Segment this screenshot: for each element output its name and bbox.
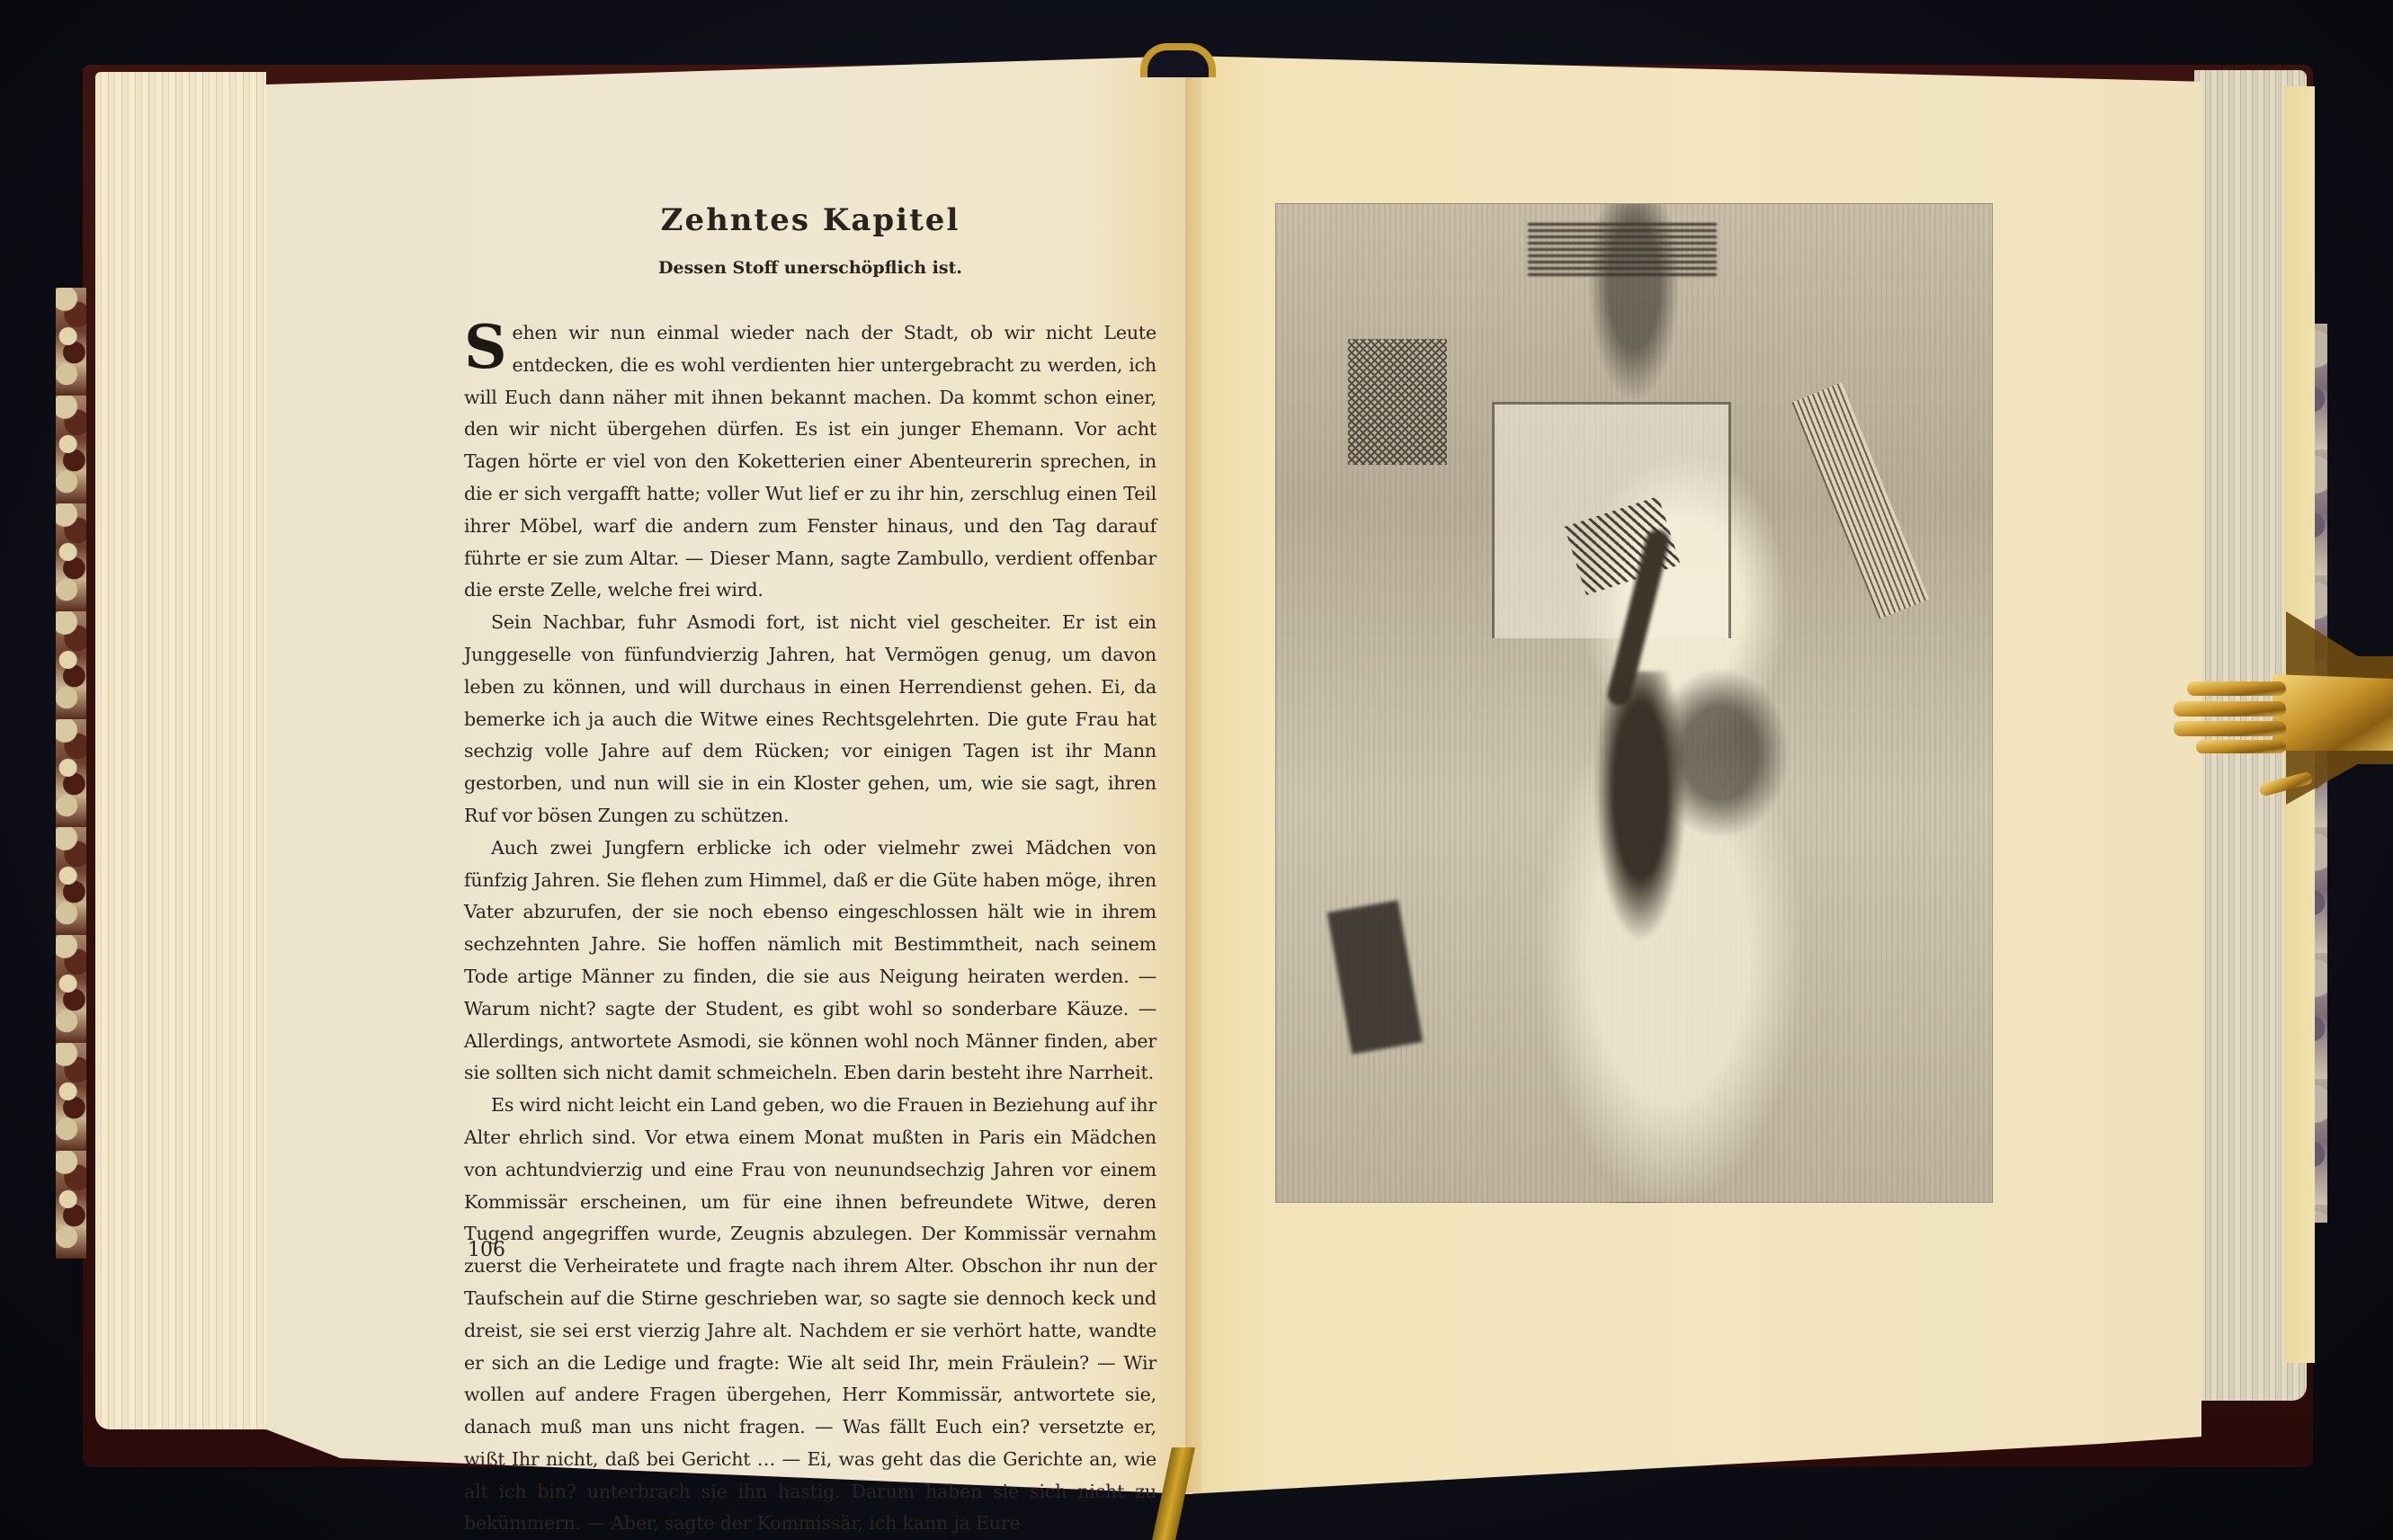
paragraph-4: Es wird nicht leicht ein Land geben, wo …	[464, 1090, 1156, 1540]
chapter-subtitle: Dessen Stoff unerschöpflich ist.	[464, 258, 1156, 278]
chapter-title: Zehntes Kapitel	[464, 202, 1156, 238]
chandelier-sketch	[1528, 222, 1717, 276]
left-page-text: Zehntes Kapitel Dessen Stoff unerschöpfl…	[464, 202, 1156, 1540]
brass-hand-clasp-icon	[2151, 593, 2393, 818]
paragraph-3: Auch zwei Jungfern erblicke ich oder vie…	[464, 832, 1156, 1090]
marbled-edge-left	[56, 288, 86, 1259]
man-figure-sketch	[1586, 672, 1694, 968]
wreath-sketch	[1348, 339, 1447, 465]
drop-cap: S	[464, 321, 506, 373]
page-number: 106	[468, 1239, 505, 1261]
broken-frame-sketch	[1791, 382, 1929, 619]
paragraph-1: Sehen wir nun einmal wieder nach der Sta…	[464, 317, 1156, 607]
illustration-plate	[1275, 203, 1993, 1203]
paragraph-text: ehen wir nun einmal wieder nach der Stad…	[464, 322, 1156, 601]
paragraph-2: Sein Nachbar, fuhr Asmodi fort, ist nich…	[464, 607, 1156, 832]
book-gutter	[1185, 54, 1201, 1492]
page-stack-left	[95, 72, 266, 1429]
toppled-cabinet-sketch	[1327, 900, 1424, 1054]
headband-icon	[1140, 43, 1216, 77]
